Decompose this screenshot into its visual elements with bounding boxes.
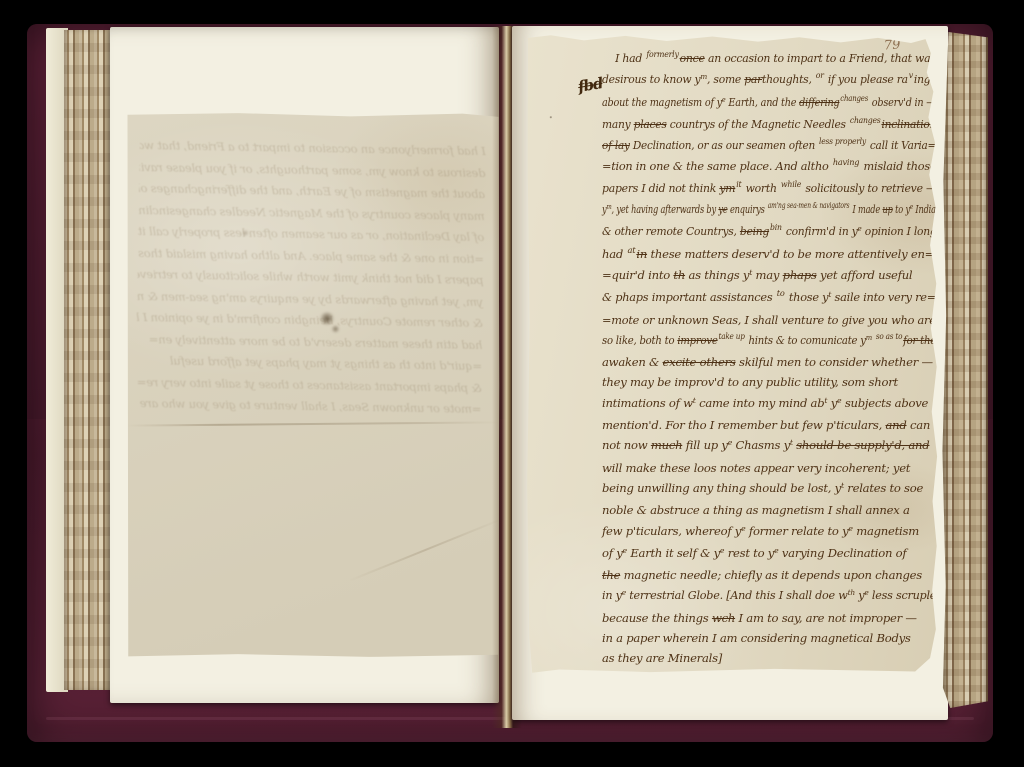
text-segment: differing [799, 95, 839, 109]
text-segment: magnetic needle; chiefly as it depends u… [620, 568, 922, 582]
text-segment: much [651, 438, 682, 452]
text-segment: e [720, 546, 724, 555]
manuscript-line: in a paper wherein I am considering magn… [602, 628, 934, 648]
text-segment: these matters deserv'd to be more attent… [647, 247, 934, 261]
text-segment: excite others [663, 355, 736, 369]
text-segment: e [728, 438, 732, 447]
manuscript-line: & phaps important assistances to those y… [602, 287, 926, 309]
text-segment: call it Varia= [867, 138, 936, 152]
text-segment: observ'd in — [869, 95, 936, 109]
text-segment: many [602, 117, 634, 131]
text-segment: bin [770, 222, 782, 232]
text-segment: in y [602, 588, 622, 602]
text-segment: can [907, 418, 931, 432]
text-segment: ye [718, 202, 727, 216]
manuscript-line: =quir'd into th as things yt may phaps y… [602, 265, 934, 287]
text-segment: y [827, 396, 837, 410]
left-album-page: I had formerlyonce an occasion to impart… [110, 27, 499, 703]
text-segment: t [841, 481, 844, 490]
text-segment: places [634, 117, 667, 131]
ink-monogram-mark: fbd [577, 74, 604, 96]
text-segment: if you please ra [825, 72, 908, 86]
text-segment: e [864, 588, 868, 597]
text-segment: e [858, 224, 862, 233]
text-segment: former relate to y [745, 524, 848, 538]
text-segment: subjects above [841, 396, 928, 410]
manuscript-line: had atin these matters deserv'd to be mo… [602, 244, 934, 265]
text-segment: skilful men to consider whether — [736, 355, 933, 369]
text-segment: e [741, 524, 745, 533]
text-segment: ings [914, 72, 936, 86]
text-segment: at [628, 245, 636, 255]
text-segment: t [824, 396, 827, 405]
manuscript-line: not now much fill up ye Chasms yt should… [602, 435, 934, 457]
text-segment: Declination, or as our seamen often [630, 138, 818, 152]
text-segment: m [606, 202, 611, 211]
text-segment: mention'd. For tho I remember but few p'… [602, 418, 885, 432]
manuscript-line: the magnetic needle; chiefly as it depen… [602, 565, 934, 585]
text-segment: am'ng sea-men & navigators [768, 200, 850, 210]
text-segment: being [740, 224, 769, 238]
manuscript-line: noble & abstruce a thing as magnetism I … [602, 500, 934, 520]
text-segment: =quir'd into [602, 268, 673, 282]
right-album-page: 79 fbd I had formerlyonce an occasion to… [512, 26, 948, 720]
text-segment: Earth it self & y [627, 546, 720, 560]
text-segment: and [885, 418, 906, 432]
manuscript-line: as they are Minerals] [602, 648, 934, 668]
text-segment: terrestrial Globe. [And this I shall doe… [626, 588, 848, 602]
foxing-spot [242, 230, 249, 236]
text-segment: papers I did not think [602, 181, 719, 195]
text-segment: saile into very re= [831, 290, 936, 304]
text-segment: v [909, 70, 913, 80]
text-segment [872, 333, 875, 347]
text-segment: e [910, 202, 913, 211]
manuscript-line: being unwilling any thing should be lost… [602, 478, 934, 500]
text-segment: e [722, 95, 726, 104]
text-segment: =mote or unknown Seas, I shall venture t… [602, 313, 936, 327]
text-segment: opinion I long [862, 224, 937, 238]
text-segment: India [913, 202, 936, 216]
text-segment: to y [893, 202, 910, 216]
text-segment: Earth, and the [726, 95, 800, 109]
text-segment: m [700, 72, 707, 81]
text-segment: came into my mind ab [696, 396, 825, 410]
text-segment: will make these loos notes appear very i… [602, 461, 910, 475]
text-segment: so like, both to [602, 333, 677, 347]
text-segment: an occasion to impart to a Friend, that … [705, 51, 936, 65]
text-segment: magnetism [853, 524, 919, 538]
text-segment: had [602, 247, 627, 261]
text-segment: intimations of w [602, 396, 693, 410]
text-segment: confirm'd in y [783, 224, 858, 238]
text-segment: changes [840, 93, 868, 103]
text-segment: relates to soe [844, 481, 923, 495]
text-segment: so as to [876, 331, 902, 341]
manuscript-line: so like, both to improvetake up hints & … [602, 330, 891, 352]
right-manuscript-leaf: 79 fbd I had formerlyonce an occasion to… [526, 34, 940, 674]
text-segment: & other remote Countrys, [602, 224, 740, 238]
manuscript-text: I had formerlyonce an occasion to impart… [602, 48, 934, 669]
text-segment: I had [615, 51, 645, 65]
text-segment: it [736, 179, 741, 189]
text-segment: I made [850, 202, 882, 216]
text-segment: solicitously to retrieve — [802, 181, 936, 195]
text-segment: t [693, 396, 696, 405]
text-segment: e [837, 396, 841, 405]
text-segment: par [744, 72, 762, 86]
text-segment: inclination [881, 117, 936, 131]
text-segment: in [636, 247, 647, 261]
text-segment: formerly [646, 49, 678, 59]
text-segment: countrys of the Magnetic Needles [667, 117, 849, 131]
ink-stain-spot [331, 325, 340, 333]
text-segment: few p'ticulars, whereof y [602, 524, 741, 538]
text-segment: having [833, 157, 859, 167]
manuscript-line: will make these loos notes appear very i… [602, 458, 934, 478]
text-segment: they may be improv'd to any public utili… [602, 375, 898, 389]
text-segment: thoughts, [762, 72, 815, 86]
text-segment: up [883, 202, 893, 216]
text-segment: may [752, 268, 783, 282]
manuscript-line: of ye Earth it self & ye rest to ye vary… [602, 543, 934, 565]
text-segment: hints & to comunicate y [746, 333, 866, 347]
text-segment: y [855, 588, 864, 602]
text-segment: for the [903, 333, 936, 347]
text-segment: because the things [602, 611, 712, 625]
ink-stain-spot [319, 312, 335, 325]
manuscript-line: many places countrys of the Magnetic Nee… [602, 114, 907, 135]
text-segment: in a paper wherein I am considering magn… [602, 631, 911, 645]
crease-line [349, 518, 502, 581]
text-segment: phaps [783, 268, 817, 282]
text-segment: worth [742, 181, 780, 195]
text-segment: e [622, 588, 626, 597]
text-segment: mislaid those [860, 159, 936, 173]
text-segment: th [848, 588, 855, 597]
text-segment: improve [677, 333, 717, 347]
text-segment: e [848, 524, 852, 533]
text-segment: rest to y [724, 546, 774, 560]
manuscript-line: ym, yet having afterwards by ye enquirys… [602, 199, 837, 221]
text-segment: once [680, 51, 705, 65]
text-segment: t [790, 438, 793, 447]
text-segment: I am to say, are not improper — [735, 611, 917, 625]
text-segment: ym [719, 181, 735, 195]
text-segment: t [749, 268, 752, 277]
left-fore-edge-pages [64, 30, 114, 690]
text-segment: while [781, 179, 801, 189]
text-segment: to [777, 288, 785, 298]
manuscript-line: intimations of wt came into my mind abt … [602, 393, 934, 415]
text-segment: , some [707, 72, 744, 86]
crease-line [126, 421, 500, 426]
text-segment: take up [718, 331, 744, 341]
text-segment: of lay [602, 138, 630, 152]
text-segment: less properly [819, 136, 866, 146]
text-segment: enquirys [728, 202, 768, 216]
text-segment: or [816, 70, 824, 80]
bleedthrough-text: I had formerlyonce an occasion to impart… [135, 135, 486, 420]
manuscript-line: I had formerlyonce an occasion to impart… [602, 48, 913, 69]
text-segment: varying Declination of [778, 546, 906, 560]
left-manuscript-leaf: I had formerlyonce an occasion to impart… [126, 112, 500, 658]
text-segment: Chasms y [732, 438, 790, 452]
text-segment: should be supply'd, and [796, 438, 929, 452]
text-segment: not now [602, 438, 651, 452]
photo-background: { "colors": { "background": "#000000", "… [0, 0, 1024, 767]
right-fore-edge-pages [942, 32, 988, 708]
manuscript-line: papers I did not think ymit worth while … [602, 178, 913, 199]
text-segment: as they are Minerals] [602, 651, 722, 665]
text-segment: fill up y [682, 438, 727, 452]
manuscript-line: because the things wch I am to say, are … [602, 608, 934, 628]
text-segment: noble & abstruce a thing as magnetism I … [602, 503, 910, 517]
text-segment: th [673, 268, 685, 282]
text-segment: yet afford useful [817, 268, 913, 282]
text-segment: of y [602, 546, 623, 560]
manuscript-line: desirous to know ym, some parthoughts, o… [602, 69, 910, 91]
text-segment: those y [785, 290, 828, 304]
manuscript-line: mention'd. For tho I remember but few p'… [602, 415, 934, 435]
manuscript-line: of lay Declination, or as our seamen oft… [602, 135, 902, 156]
text-segment: wch [712, 611, 735, 625]
text-segment: desirous to know y [602, 72, 700, 86]
text-segment: , yet having afterwards by [612, 202, 719, 216]
text-segment: e [623, 546, 627, 555]
manuscript-line: about the magnetism of ye Earth, and the… [602, 92, 879, 114]
text-segment: being unwilling any thing should be lost… [602, 481, 841, 495]
manuscript-line: =mote or unknown Seas, I shall venture t… [602, 310, 926, 330]
manuscript-line: awaken & excite others skilful men to co… [602, 352, 934, 372]
text-segment: =tion in one & the same place. And altho [602, 159, 832, 173]
text-segment: about the magnetism of y [602, 95, 722, 109]
text-segment: & phaps important assistances [602, 290, 776, 304]
manuscript-line: & other remote Countrys, beingbin confir… [602, 221, 908, 243]
text-segment: t [828, 290, 831, 299]
text-segment: less scruple [869, 588, 937, 602]
manuscript-line: few p'ticulars, whereof ye former relate… [602, 521, 934, 543]
text-segment: awaken & [602, 355, 663, 369]
text-segment: the [602, 568, 620, 582]
text-segment: changes [850, 115, 881, 125]
text-segment: e [774, 546, 778, 555]
manuscript-line: in ye terrestrial Globe. [And this I sha… [602, 585, 922, 607]
manuscript-line: they may be improv'd to any public utili… [602, 372, 934, 392]
text-segment: as things y [685, 268, 749, 282]
text-segment: m [866, 333, 872, 342]
manuscript-line: =tion in one & the same place. And altho… [602, 156, 925, 177]
